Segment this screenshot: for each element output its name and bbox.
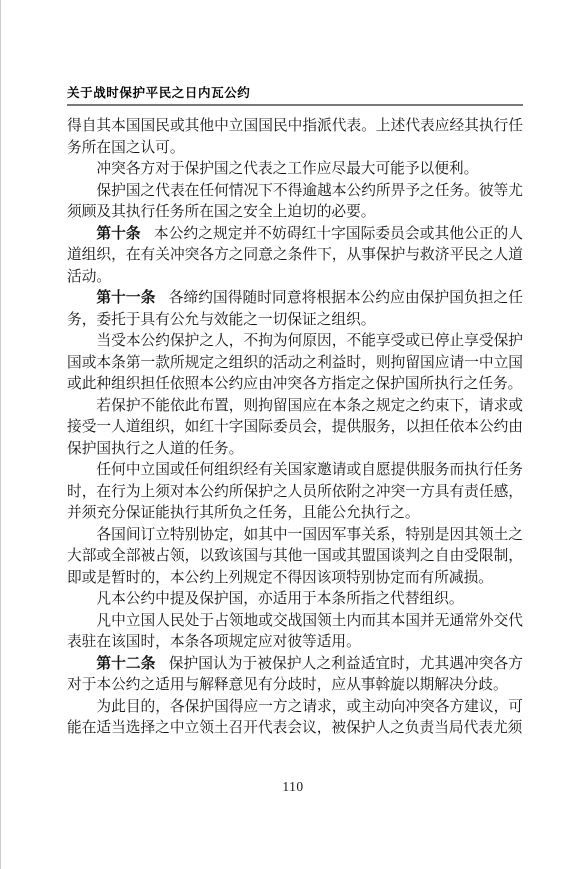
article-number: 第十二条 bbox=[96, 656, 155, 672]
paragraph: 任何中立国或任何组织经有关国家邀请或自愿提供服务而执行任务时，在行为上须对本公约… bbox=[67, 460, 523, 525]
paragraph: 第十一条各缔约国得随时同意将根据本公约应由保护国负担之任务，委托于具有公允与效能… bbox=[67, 288, 523, 331]
paragraph: 凡中立国人民处于占领地或交战国领土内而其本国并无通常外交代表驻在该国时，本条各项… bbox=[67, 611, 523, 654]
article-number: 第十条 bbox=[96, 226, 140, 242]
scan-edge-artifact bbox=[0, 0, 1, 869]
paragraph: 冲突各方对于保护国之代表之工作应尽最大可能予以便利。 bbox=[67, 159, 523, 181]
paragraph: 各国间订立特别协定，如其中一国因军事关系，特别是因其领土之大部或全部被占领，以致… bbox=[67, 525, 523, 590]
document-page: { "page": { "running_header": "关于战时保护平民之… bbox=[0, 0, 586, 869]
paragraph: 若保护不能依此布置，则拘留国应在本条之规定之约束下，请求或接受一人道组织，如红十… bbox=[67, 396, 523, 461]
paragraph: 当受本公约保护之人，不拘为何原因，不能享受或已停止享受保护国或本条第一款所规定之… bbox=[67, 331, 523, 396]
paragraph: 保护国之代表在任何情况下不得逾越本公约所畀予之任务。彼等尤须顾及其执行任务所在国… bbox=[67, 181, 523, 224]
page-number: 110 bbox=[0, 779, 586, 795]
paragraph: 凡本公约中提及保护国，亦适用于本条所指之代替组织。 bbox=[67, 589, 523, 611]
document-body: 得自其本国国民或其他中立国国民中指派代表。上述代表应经其执行任务所在国之认可。冲… bbox=[67, 116, 523, 740]
paragraph: 得自其本国国民或其他中立国国民中指派代表。上述代表应经其执行任务所在国之认可。 bbox=[67, 116, 523, 159]
running-header-title: 关于战时保护平民之日内瓦公约 bbox=[67, 83, 523, 101]
paragraph: 第十二条保护国认为于被保护人之利益适宜时，尤其遇冲突各方对于本公约之适用与解释意… bbox=[67, 654, 523, 697]
article-number: 第十一条 bbox=[96, 290, 155, 306]
header-rule bbox=[67, 104, 523, 106]
paragraph: 为此目的，各保护国得应一方之请求，或主动向冲突各方建议，可能在适当选择之中立领土… bbox=[67, 697, 523, 740]
paragraph: 第十条本公约之规定并不妨碍红十字国际委员会或其他公正的人道组织，在有关冲突各方之… bbox=[67, 224, 523, 289]
